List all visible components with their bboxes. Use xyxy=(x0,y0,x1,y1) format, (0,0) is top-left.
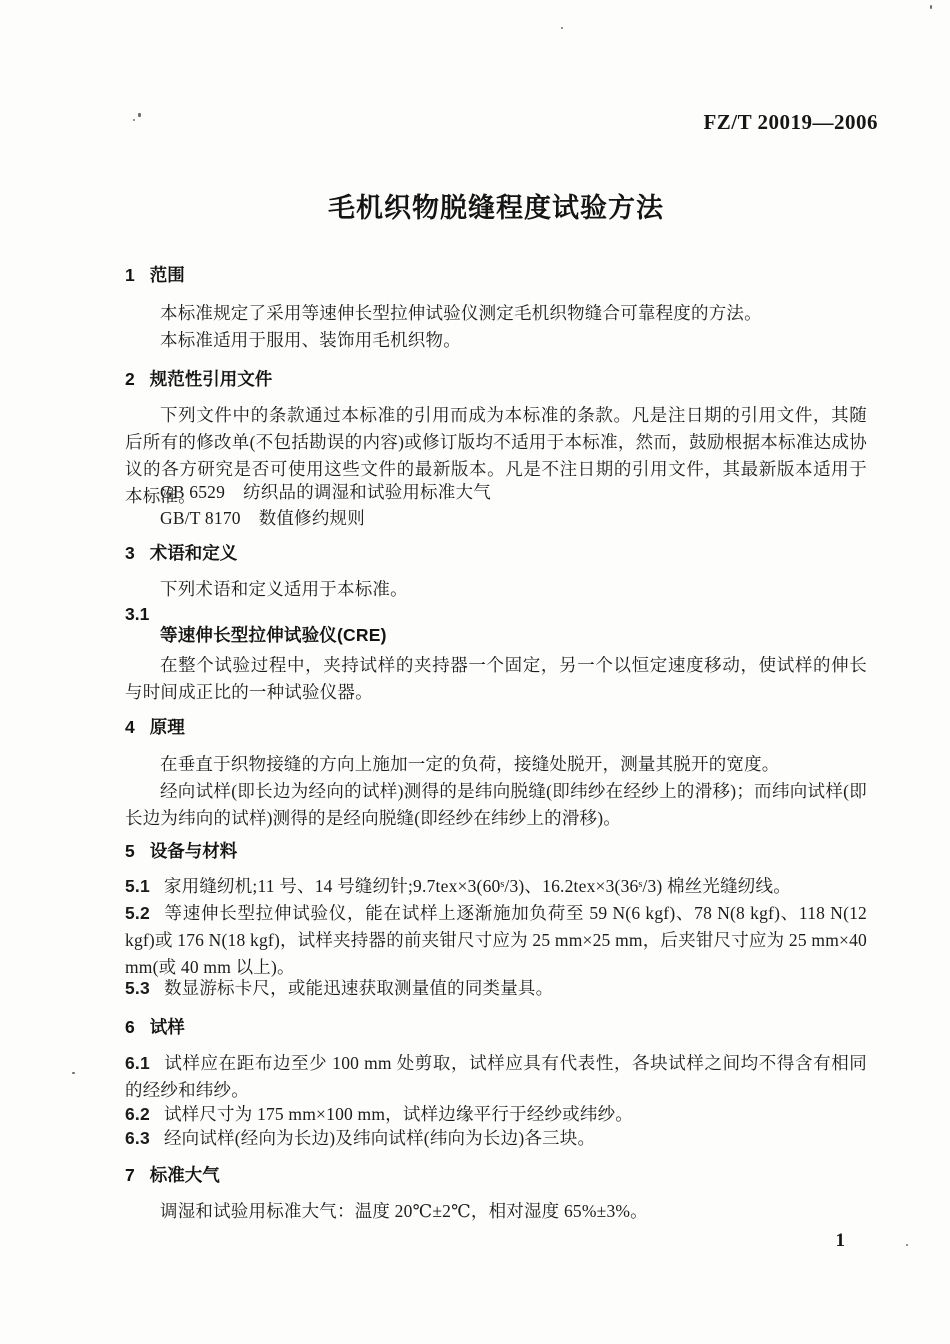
reference-item: GB 6529纺织品的调湿和试验用标准大气 xyxy=(125,479,868,506)
clause-number: 6.3 xyxy=(125,1125,150,1152)
section-heading-1: 1范围 xyxy=(125,264,867,286)
paragraph: 下列术语和定义适用于本标准。 xyxy=(125,576,867,603)
paragraph: 本标准规定了采用等速伸长型拉伸试验仪测定毛机织物缝合可靠程度的方法。 xyxy=(125,300,867,327)
section-heading-2: 2规范性引用文件 xyxy=(125,368,867,390)
clause-text: 试样尺寸为 175 mm×100 mm，试样边缘平行于经纱或纬纱。 xyxy=(164,1104,633,1124)
clause-text: 数显游标卡尺，或能迅速获取测量值的同类量具。 xyxy=(164,978,553,998)
scan-speck xyxy=(561,27,563,29)
paragraph: 经向试样(即长边为经向的试样)测得的是纬向脱缝(即纬纱在经纱上的滑移)；而纬向试… xyxy=(125,778,867,832)
clause-5-1: 5.1家用缝纫机;11 号、14 号缝纫针;9.7tex×3(60ˢ/3)、16… xyxy=(125,873,867,900)
section-title: 标准大气 xyxy=(150,1165,220,1185)
scan-speck xyxy=(133,119,135,121)
page-number: 1 xyxy=(836,1230,846,1252)
section-heading-4: 4原理 xyxy=(125,716,867,738)
standard-code: FZ/T 20019—2006 xyxy=(703,110,878,135)
clause-6-1: 6.1试样应在距布边至少 100 mm 处剪取，试样应具有代表性，各块试样之间均… xyxy=(125,1050,867,1104)
reference-code: GB 6529 xyxy=(160,479,225,506)
clause-number: 6.1 xyxy=(125,1050,150,1077)
clause-text: 试样应在距布边至少 100 mm 处剪取，试样应具有代表性，各块试样之间均不得含… xyxy=(125,1053,867,1100)
section-title: 原理 xyxy=(150,717,185,737)
scan-speck xyxy=(906,1244,908,1246)
section-heading-3: 3术语和定义 xyxy=(125,542,867,564)
clause-6-3: 6.3经向试样(经向为长边)及纬向试样(纬向为长边)各三块。 xyxy=(125,1125,867,1152)
section-title: 规范性引用文件 xyxy=(150,369,273,389)
paragraph: 调湿和试验用标准大气：温度 20℃±2℃，相对湿度 65%±3%。 xyxy=(125,1198,867,1225)
section-title: 范围 xyxy=(150,265,185,285)
section-heading-6: 6试样 xyxy=(125,1016,867,1038)
clause-5-3: 5.3数显游标卡尺，或能迅速获取测量值的同类量具。 xyxy=(125,975,867,1002)
reference-item: GB/T 8170数值修约规则 xyxy=(125,505,868,532)
section-number: 1 xyxy=(125,264,135,286)
section-title: 术语和定义 xyxy=(150,543,238,563)
clause-number: 5.3 xyxy=(125,975,150,1002)
clause-number: 5.2 xyxy=(125,900,150,927)
paragraph: 在垂直于织物接缝的方向上施加一定的负荷，接缝处脱开，测量其脱开的宽度。 xyxy=(125,751,867,778)
document-title: 毛机织物脱缝程度试验方法 xyxy=(125,186,867,225)
clause-6-2: 6.2试样尺寸为 175 mm×100 mm，试样边缘平行于经纱或纬纱。 xyxy=(125,1101,867,1128)
clause-5-2: 5.2等速伸长型拉伸试验仪，能在试样上逐渐施加负荷至 59 N(6 kgf)、7… xyxy=(125,900,867,981)
paragraph: 本标准适用于服用、装饰用毛机织物。 xyxy=(125,327,867,354)
section-number: 6 xyxy=(125,1016,135,1038)
clause-number: 6.2 xyxy=(125,1101,150,1128)
section-heading-5: 5设备与材料 xyxy=(125,840,867,862)
section-title: 试样 xyxy=(150,1017,185,1037)
section-heading-7: 7标准大气 xyxy=(125,1164,867,1186)
clause-text: 等速伸长型拉伸试验仪，能在试样上逐渐施加负荷至 59 N(6 kgf)、78 N… xyxy=(125,903,867,977)
reference-name: 纺织品的调湿和试验用标准大气 xyxy=(243,482,491,502)
reference-code: GB/T 8170 xyxy=(160,505,241,532)
scan-speck xyxy=(930,5,932,9)
clause-text: 家用缝纫机;11 号、14 号缝纫针;9.7tex×3(60ˢ/3)、16.2t… xyxy=(164,876,791,896)
section-number: 4 xyxy=(125,716,135,738)
scanned-document-page: FZ/T 20019—2006 毛机织物脱缝程度试验方法 1范围 本标准规定了采… xyxy=(0,0,950,1344)
clause-text: 经向试样(经向为长边)及纬向试样(纬向为长边)各三块。 xyxy=(164,1128,595,1148)
section-number: 2 xyxy=(125,368,135,390)
section-number: 5 xyxy=(125,840,135,862)
scan-speck xyxy=(138,113,141,117)
term-definition: 在整个试验过程中，夹持试样的夹持器一个固定，另一个以恒定速度移动，使试样的伸长与… xyxy=(125,652,867,706)
section-number: 7 xyxy=(125,1164,135,1186)
clause-number: 5.1 xyxy=(125,873,150,900)
scan-speck xyxy=(72,1072,75,1074)
section-title: 设备与材料 xyxy=(150,841,238,861)
section-number: 3 xyxy=(125,542,135,564)
term-name: 等速伸长型拉伸试验仪(CRE) xyxy=(125,622,868,649)
reference-name: 数值修约规则 xyxy=(259,508,365,528)
